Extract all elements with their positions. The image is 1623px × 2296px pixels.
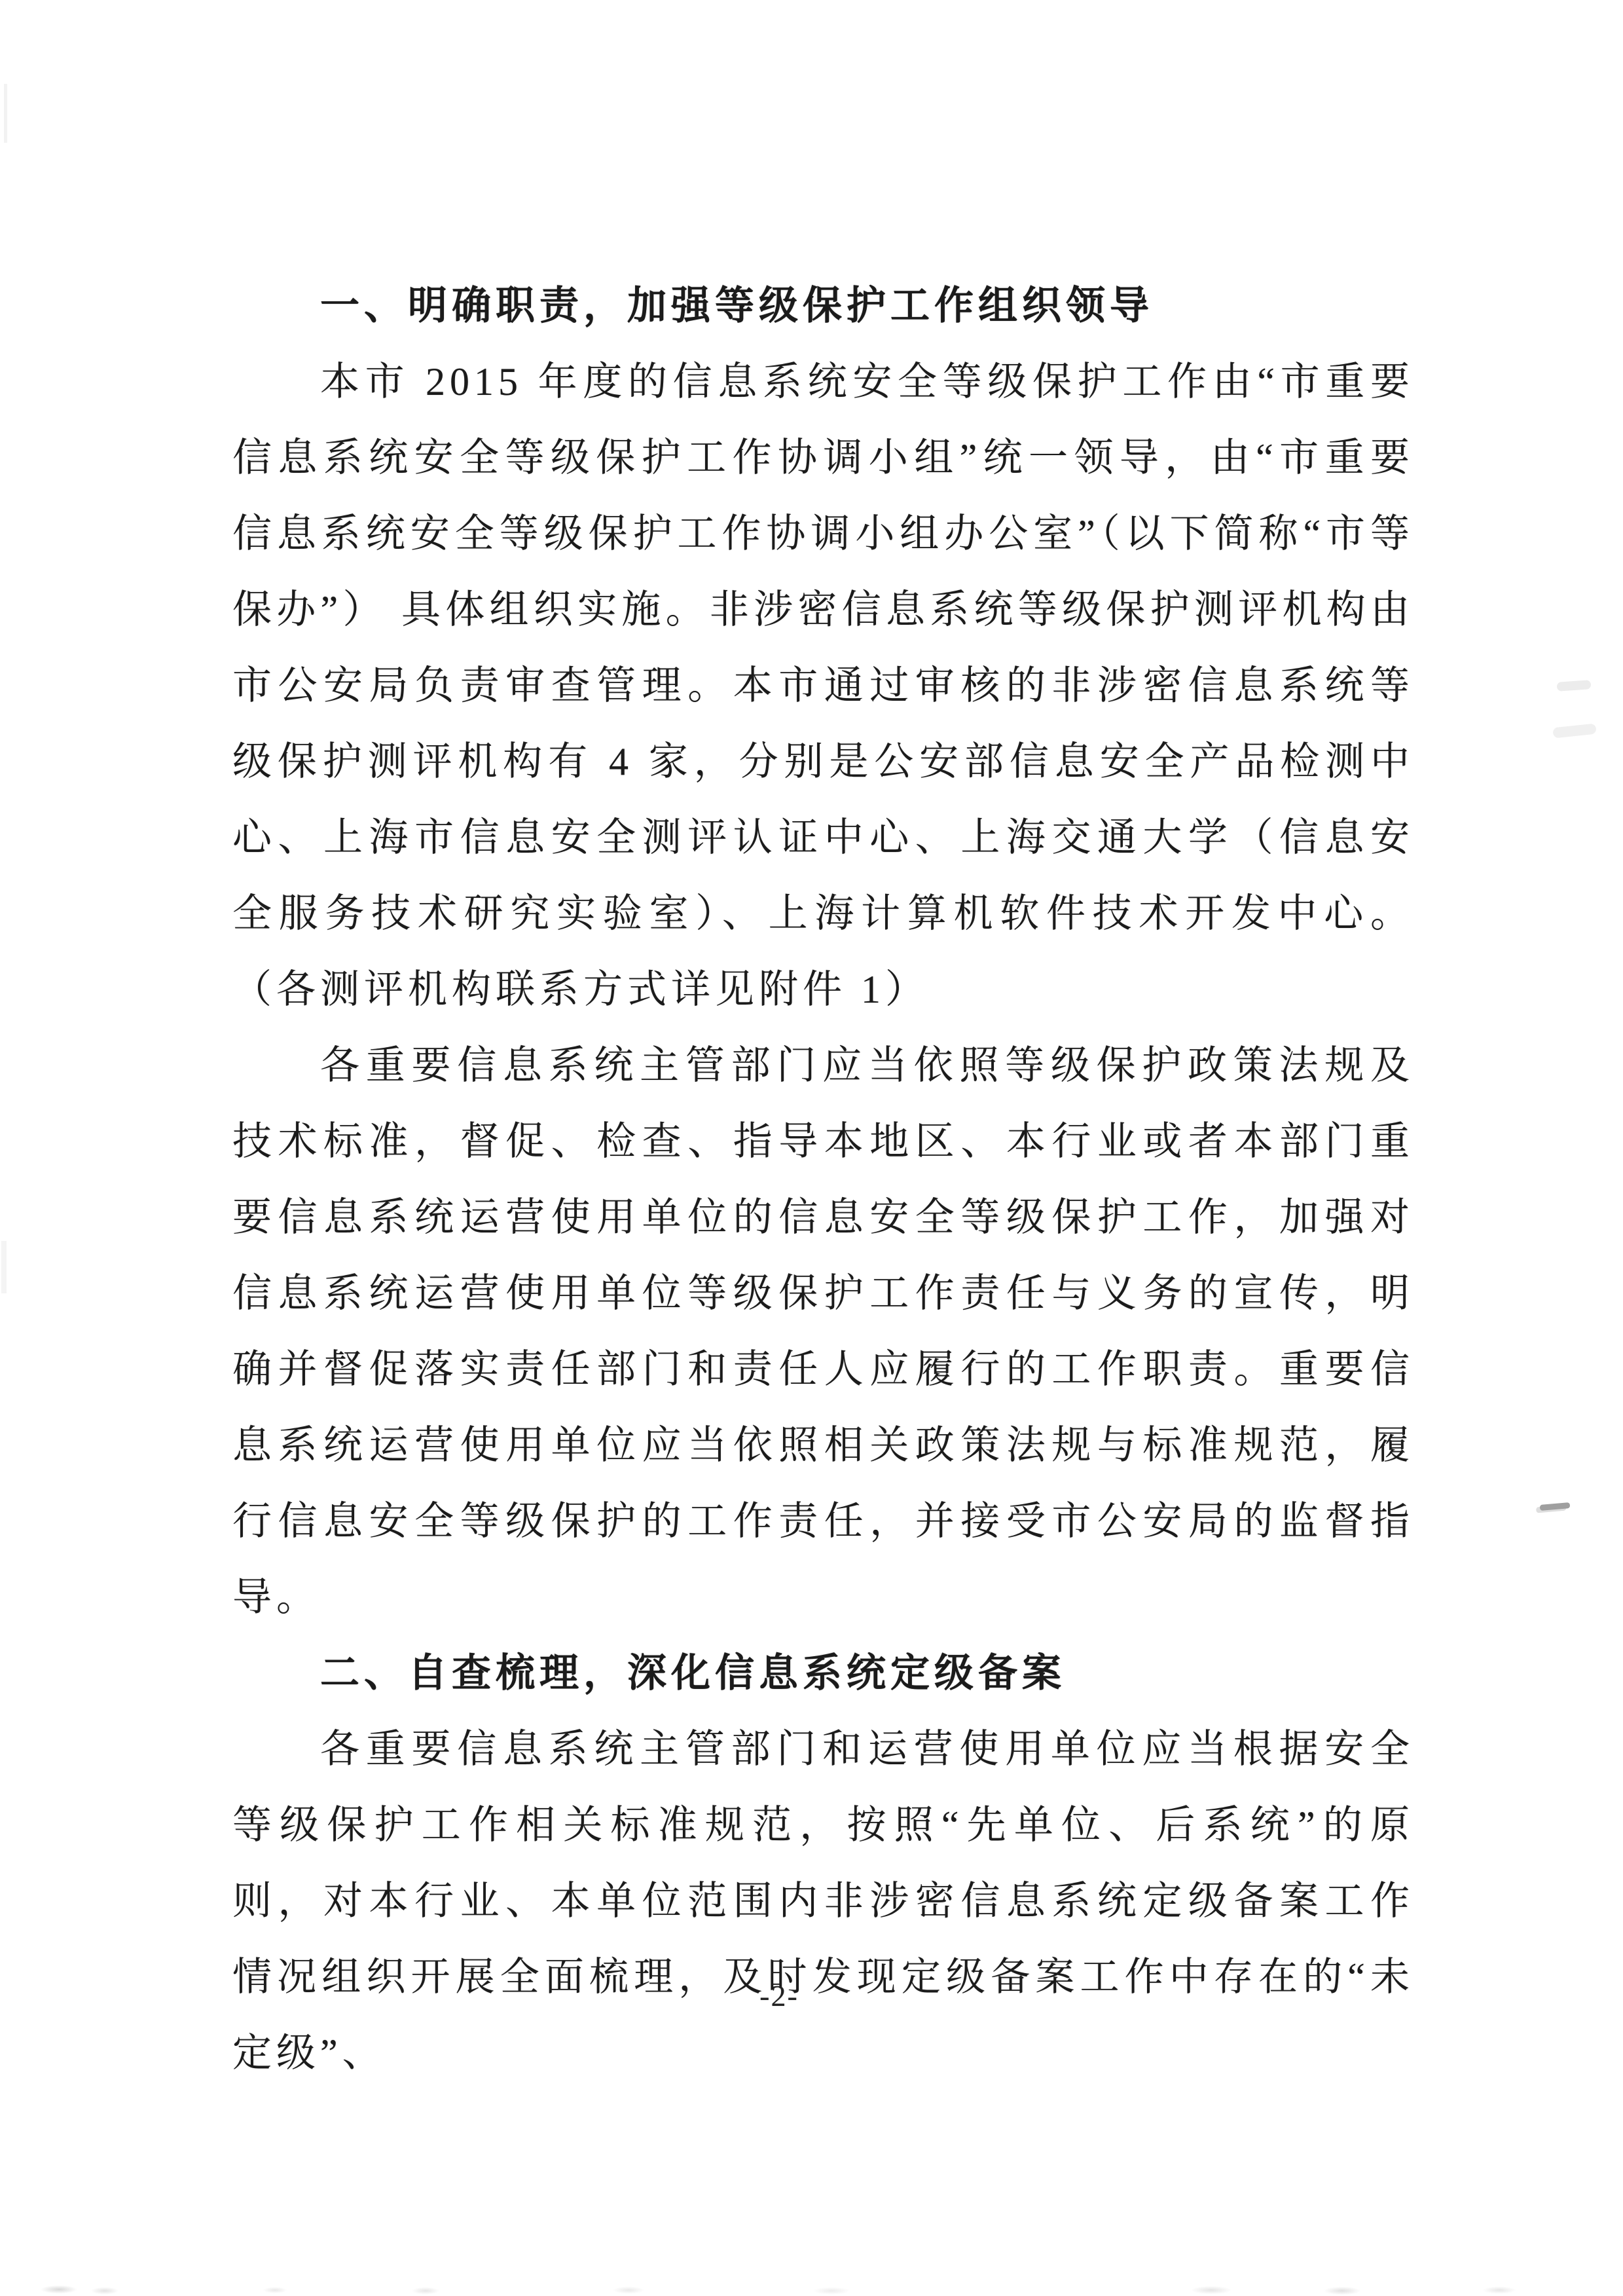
section-2-paragraph-1: 各重要信息系统主管部门和运营使用单位应当根据安全等级保护工作相关标准规范，按照“…	[232, 1711, 1414, 2091]
page-number: -2-	[759, 1979, 799, 2012]
scan-artifact-left-streak	[1, 1241, 7, 1293]
scan-artifact-right-smudge	[1552, 724, 1596, 739]
section-2-heading: 二、自查梳理，深化信息系统定级备案	[232, 1635, 1414, 1711]
page-footer: -2-	[0, 1978, 1558, 2014]
scanned-document-page: 一、明确职责，加强等级保护工作组织领导 本市 2015 年度的信息系统安全等级保…	[0, 0, 1623, 2296]
section-1-heading: 一、明确职责，加强等级保护工作组织领导	[232, 268, 1414, 344]
scan-artifact-right-smudge	[1557, 680, 1592, 692]
section-1-paragraph-1: 本市 2015 年度的信息系统安全等级保护工作由“市重要信息系统安全等级保护工作…	[232, 344, 1414, 1028]
scan-artifact-right-dash	[1540, 1502, 1571, 1511]
section-1-paragraph-2: 各重要信息系统主管部门应当依照等级保护政策法规及技术标准，督促、检查、指导本地区…	[232, 1028, 1414, 1635]
scan-artifact-bottom-band	[0, 2278, 1623, 2296]
document-body: 一、明确职责，加强等级保护工作组织领导 本市 2015 年度的信息系统安全等级保…	[232, 268, 1414, 2091]
scan-artifact-left-tick	[4, 84, 7, 143]
